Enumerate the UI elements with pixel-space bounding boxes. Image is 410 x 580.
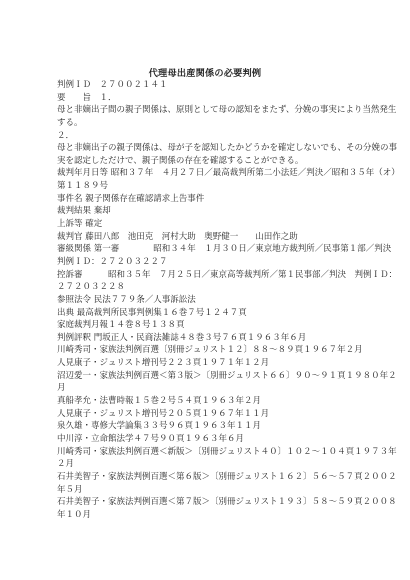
document-line-case-id: 判例ＩＤ ２７００２１４１	[57, 79, 402, 92]
document-line-source-cont: 家庭裁判月報１４巻８号１３８頁	[57, 319, 402, 332]
document-page: 代理母出産関係の必要判例 判例ＩＤ ２７００２１４１ 要 旨 １． 母と非嫡出子…	[0, 0, 410, 580]
document-line-first-instance-id: 判例ＩＤ：２７２０３２２７	[57, 256, 402, 269]
document-line-judges: 裁判官 藤田八郎 池田克 河村大助 奥野健一 山田作之助	[57, 231, 402, 244]
document-line-commentary-5: 真船孝允・法曹時報１５巻２号５４頁１９６３年２月	[57, 395, 402, 408]
document-line-gist-2-cont: 実を認定しただけで、親子関係の存在を確認することができる。	[57, 155, 402, 168]
document-line-source: 出典 最高裁判所民事判例集１６巻７号１２４７頁	[57, 307, 402, 320]
document-line-commentary-6: 人見康子・ジュリスト増刊号２０５頁１９６７年１１月	[57, 408, 402, 421]
document-line-commentary-7: 泉久雄・専修大学論集３３号９６頁１９６３年１１月	[57, 420, 402, 433]
document-line-gist-2: 母と非嫡出子の親子関係は、母が子を認知したかどうかを確定しないでも、その分娩の事	[57, 142, 402, 155]
document-line-commentary-10-cont: 年５月	[57, 484, 402, 497]
document-line-commentary-4-cont: 月	[57, 382, 402, 395]
document-line-appeal-court: 控訴審 昭和３５年 ７月２５日／東京高等裁判所／第１民事部／判決 判例ＩＤ：	[57, 269, 402, 282]
document-line-appeal-court-id: ２７２０３２２８	[57, 281, 402, 294]
document-line-appeal-status: 上訴等 確定	[57, 218, 402, 231]
document-line-commentary-9-cont: ２月	[57, 458, 402, 471]
document-line-gist-1: 母と非嫡出子間の親子関係は、原則として母の認知をまたず、分娩の事実により当然発生	[57, 104, 402, 117]
document-line-first-instance: 審級関係 第一審 昭和３４年 １月３０日／東京地方裁判所／民事第１部／判決	[57, 243, 402, 256]
document-line-statutes: 参照法令 民法７７９条／人事訴訟法	[57, 294, 402, 307]
document-line-gist-heading: 要 旨 １．	[57, 92, 402, 105]
document-line-commentary-8: 中川淳・立命館法学４７号９０頁１９６３年６月	[57, 433, 402, 446]
document-line-case-name: 事件名 親子関係存在確認請求上告事件	[57, 193, 402, 206]
document-line-commentary-11-cont: 年１０月	[57, 509, 402, 522]
document-line-gist-1-cont: する。	[57, 117, 402, 130]
document-line-commentary-4: 沼辺愛一・家族法判例百選＜第３版＞〔別冊ジュリスト６６〕９０～９１頁１９８０年２	[57, 370, 402, 383]
document-line-judgment-date-cont: 第１１８９号	[57, 180, 402, 193]
document-line-result: 裁判結果 棄却	[57, 205, 402, 218]
document-line-gist-2-heading: ２．	[57, 130, 402, 143]
document-line-commentary-11: 石井美智子・家族法判例百選＜第７版＞〔別冊ジュリスト１９３〕５８～５９頁２００８	[57, 496, 402, 509]
document-line-commentary-10: 石井美智子・家族法判例百選＜第６版＞〔別冊ジュリスト１６２〕５６～５７頁２００２	[57, 471, 402, 484]
document-line-commentary-2: 川崎秀司・家族法判例百選〔別冊ジュリスト１２〕８８～８９頁１９６７年２月	[57, 344, 402, 357]
document-body: 判例ＩＤ ２７００２１４１ 要 旨 １． 母と非嫡出子間の親子関係は、原則として…	[57, 79, 402, 521]
document-line-judgment-date: 裁判年月日等 昭和３７年 ４月２７日／最高裁判所第二小法廷／判決／昭和３５年（オ…	[57, 167, 402, 180]
document-line-commentary-3: 人見康子・ジュリスト増刊号２２３頁１９７１年１２月	[57, 357, 402, 370]
document-line-commentary-1: 判例評釈 門坂正人・民商法雑誌４８巻３号７６頁１９６３年６月	[57, 332, 402, 345]
document-line-commentary-9: 川崎秀司・家族法判例百選＜新版＞〔別冊ジュリスト４０〕１０２～１０４頁１９７３年	[57, 446, 402, 459]
document-title: 代理母出産関係の必要判例	[0, 65, 410, 79]
